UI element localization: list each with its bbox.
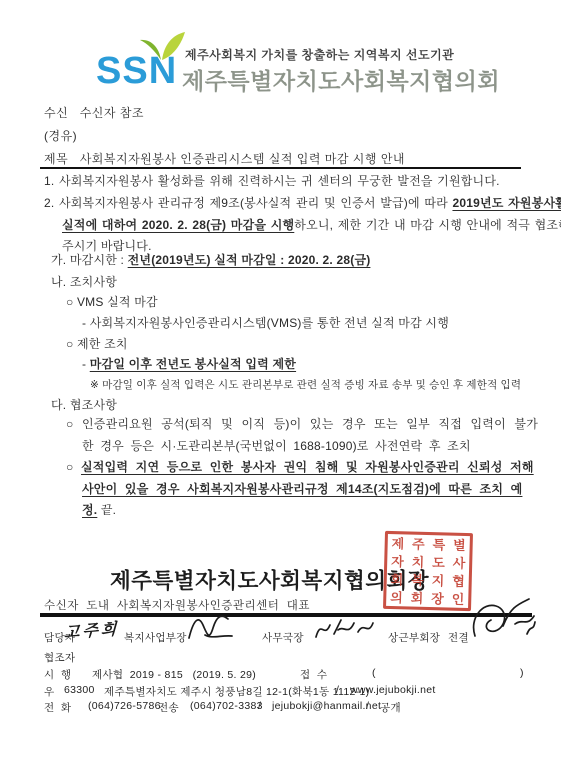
- secretary-signature: [313, 615, 375, 643]
- disclosure-label: 공개: [380, 700, 401, 715]
- body-line: 정. 끝.: [82, 501, 116, 518]
- text: 한 경우 등은 시·도관리본부(국번없이 1688-1090)로 사전연락 후 …: [82, 439, 471, 453]
- body-line: 1. 사회복지자원봉사 활성화를 위해 진력하시는 귀 센터의 무궁한 발전을 …: [44, 172, 500, 189]
- body-line: 실적에 대하여 2020. 2. 28(금) 마감을 시행하오니, 제한 기간 …: [62, 216, 561, 233]
- body-line: 가. 마감시한 : 전년(2019년도) 실적 마감일 : 2020. 2. 2…: [51, 251, 370, 268]
- org-name: 제주특별자치도사회복지협의회: [182, 63, 500, 96]
- seal-glyph: 치: [412, 554, 425, 569]
- body-line: 나. 조치사항: [51, 273, 117, 290]
- to-value-text: 수신자 참조: [80, 106, 144, 120]
- seal-glyph: 자: [391, 554, 404, 569]
- text: ※ 마감일 이후 실적 입력은 시도 관리본부로 관련 실적 증빙 자료 송부 …: [90, 379, 521, 391]
- to-value: [68, 106, 80, 120]
- body-line: 다. 협조사항: [51, 396, 117, 413]
- website-link[interactable]: www.jejubokji.net: [350, 684, 436, 696]
- separator: /: [258, 700, 261, 712]
- subject-text: 사회복지자원봉사 인증관리시스템 실적 입력 마감 시행 안내: [80, 152, 405, 166]
- received-paren-open: (: [372, 667, 376, 679]
- final-approval-label: 전결: [448, 630, 469, 645]
- vice-chair-label: 상근부회장: [388, 630, 440, 645]
- subject-divider: [40, 167, 521, 169]
- received-label: 접 수: [300, 667, 327, 682]
- body-line: ※ 마감일 이후 실적 입력은 시도 관리본부로 관련 실적 증빙 자료 송부 …: [90, 377, 521, 392]
- cooperator-label: 협조자: [44, 650, 75, 665]
- text: ○ 제한 조치: [66, 337, 128, 351]
- seal-glyph: 사: [452, 555, 465, 570]
- separator: /: [336, 684, 339, 696]
- text: 2. 사회복지자원봉사 관리규정 제9조(봉사실적 관리 및 인증서 발급)에 …: [44, 196, 452, 210]
- secretary-general-label: 사무국장: [262, 630, 304, 645]
- text: ○: [66, 460, 81, 474]
- to-label: 수신: [44, 106, 68, 120]
- subject-label: 제목: [44, 152, 68, 166]
- postal-address: 제주특별자치도 제주시 청풍남8길 12-1(화북1동 1112-1): [104, 684, 369, 699]
- seal-glyph: 복: [411, 572, 424, 587]
- emphasized-text: 실적입력 지연 등으로 인한 봉사자 권익 침해 및 자원봉사인증관리 신뢰성 …: [81, 460, 534, 474]
- seal-glyph: 회: [411, 590, 424, 605]
- emphasized-text: 전년(2019년도) 실적 마감일 : 2020. 2. 28(금): [128, 253, 371, 267]
- recipient-list: 수신자 도내 사회복지자원봉사인증관리센터 대표: [44, 597, 310, 613]
- subject-row: 제목 사회복지자원봉사 인증관리시스템 실적 입력 마감 시행 안내: [44, 150, 405, 167]
- seal-glyph: 회: [391, 572, 404, 587]
- text: 하오니, 제한 기간 내 마감 시행 안내에 적극 협조해: [294, 218, 561, 232]
- seal-glyph: 지: [432, 573, 445, 588]
- text: ○ VMS 실적 마감: [66, 295, 158, 309]
- text: 가. 마감시한 :: [51, 253, 128, 267]
- emphasized-text: 사안이 있을 경우 사회복지자원봉사관리규정 제14조(지도점검)에 따른 조치…: [82, 482, 522, 496]
- seal-glyph: 장: [431, 591, 444, 606]
- seal-glyph: 협: [452, 573, 465, 588]
- body-line: - 마감일 이후 전년도 봉사실적 입력 제한: [82, 355, 296, 372]
- fax-label: 전송: [158, 700, 179, 715]
- sent-label: 시 행: [44, 667, 71, 682]
- leaf-icon: [139, 31, 187, 61]
- seal-glyph: 제: [391, 536, 404, 551]
- body-line: ○ 제한 조치: [66, 335, 128, 352]
- body-line: 2. 사회복지자원봉사 관리규정 제9조(봉사실적 관리 및 인증서 발급)에 …: [44, 194, 561, 211]
- postal-code: 63300: [64, 684, 95, 696]
- fax-number: (064)702-3383: [190, 700, 263, 712]
- body-line: ○ 실적입력 지연 등으로 인한 봉사자 권익 침해 및 자원봉사인증관리 신뢰…: [66, 458, 534, 475]
- seal-glyph: 별: [453, 537, 466, 552]
- emphasized-text: 실적에 대하여 2020. 2. 28(금) 마감을 시행: [62, 218, 294, 232]
- text: 다. 협조사항: [51, 398, 117, 412]
- body-line: ○ VMS 실적 마감: [66, 293, 158, 310]
- recipient-row: 수신 수신자 참조: [44, 104, 144, 121]
- emphasized-text: 2019년도 자원봉사활동: [452, 196, 561, 210]
- signer-title: 제주특별자치도사회복지협의회장: [110, 564, 429, 595]
- seal-glyph: 주: [412, 536, 425, 551]
- text: 나. 조치사항: [51, 275, 117, 289]
- tel-label: 전 화: [44, 700, 71, 715]
- body-line: - 사회복지자원봉사인증관리시스템(VMS)를 통한 전년 실적 마감 시행: [82, 314, 449, 331]
- text: 끝.: [97, 503, 116, 517]
- tel-number: (064)726-5786: [88, 700, 161, 712]
- text: -: [82, 357, 90, 371]
- document-page: SSN 제주사회복지 가치를 창출하는 지역복지 선도기관 제주특별자치도사회복…: [0, 0, 561, 773]
- body-line: 사안이 있을 경우 사회복지자원봉사관리규정 제14조(지도점검)에 따른 조치…: [82, 480, 522, 497]
- dept-head-signature: [186, 610, 236, 644]
- spacer: [68, 152, 80, 166]
- seal-glyph: 인: [452, 591, 465, 606]
- staff-signature-name: 고주희: [64, 616, 120, 643]
- doc-number: 제사협 2019 - 815 (2019. 5. 29): [92, 667, 256, 682]
- emphasized-text: 정.: [82, 503, 97, 517]
- text: - 사회복지자원봉사인증관리시스템(VMS)를 통한 전년 실적 마감 시행: [82, 316, 449, 330]
- text: ○ 인증관리요원 공석(퇴직 및 이직 등)이 있는 경우 또는 일부 직접 입…: [66, 417, 538, 431]
- seal-glyph: 특: [432, 537, 445, 552]
- official-seal: 제주특별자치도사회복지협의회장인: [383, 531, 473, 611]
- emphasized-text: 마감일 이후 전년도 봉사실적 입력 제한: [90, 357, 296, 371]
- body-line: 한 경우 등은 시·도관리본부(국번없이 1688-1090)로 사전연락 후 …: [82, 437, 471, 454]
- text: 1. 사회복지자원봉사 활성화를 위해 진력하시는 귀 센터의 무궁한 발전을 …: [44, 174, 500, 188]
- org-slogan: 제주사회복지 가치를 창출하는 지역복지 선도기관: [185, 46, 454, 63]
- vice-chair-signature: [467, 594, 537, 644]
- postal-label: 우: [44, 684, 54, 699]
- body-line: ○ 인증관리요원 공석(퇴직 및 이직 등)이 있는 경우 또는 일부 직접 입…: [66, 415, 538, 432]
- via-row: (경유): [44, 127, 77, 144]
- separator: /: [366, 700, 369, 712]
- seal-glyph: 도: [432, 555, 445, 570]
- email-link[interactable]: jejubokji@hanmail.net: [272, 700, 381, 712]
- seal-glyph: 의: [390, 590, 403, 605]
- dept-head-label: 복지사업부장: [124, 630, 187, 645]
- received-paren-close: ): [520, 667, 524, 679]
